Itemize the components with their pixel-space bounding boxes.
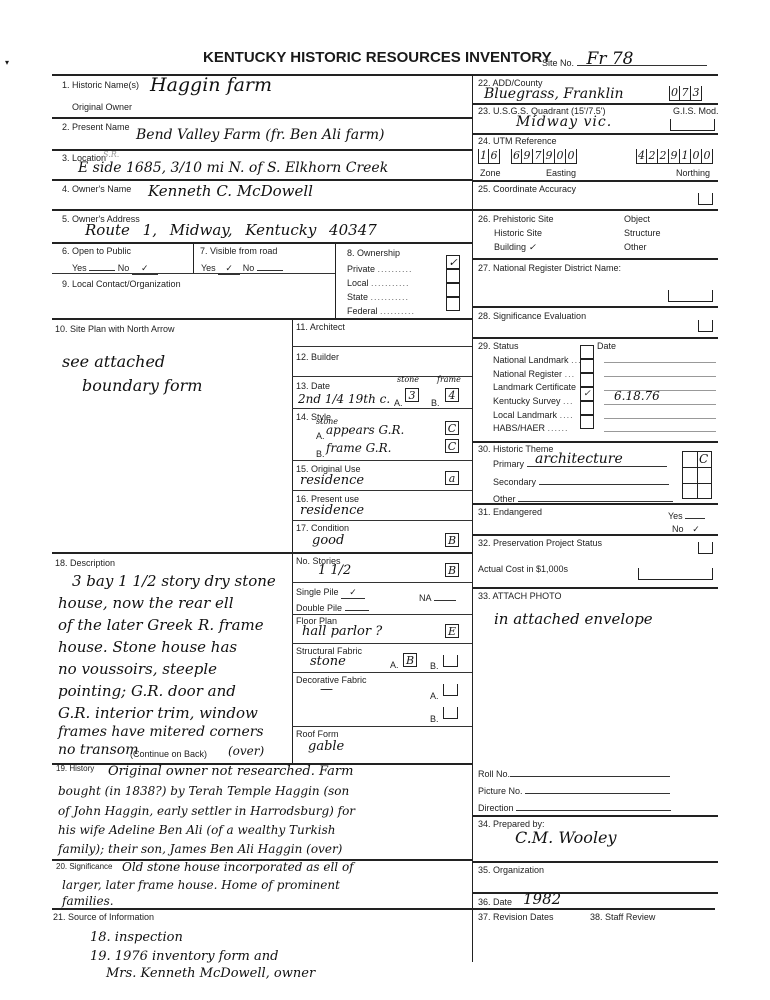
condition-code[interactable]: B [445, 533, 459, 547]
endangered-yes-field[interactable] [685, 518, 705, 519]
significance-line[interactable]: Old stone house incorporated as ell of [122, 860, 354, 874]
margin-tick-mark: ▾ [5, 58, 9, 67]
condition-value[interactable]: good [312, 533, 344, 548]
roof-form-value[interactable]: gable [308, 739, 344, 754]
status-national-register-checkbox[interactable] [580, 359, 594, 373]
coordinate-accuracy-field[interactable] [698, 193, 713, 205]
divider [472, 534, 718, 536]
significance-line[interactable]: families. [62, 894, 114, 908]
status-date-line[interactable] [604, 418, 716, 419]
add-county-value[interactable]: Bluegrass, Franklin [484, 86, 624, 102]
divider [472, 103, 718, 105]
kentucky-survey-date[interactable]: 6.18.76 [614, 389, 660, 403]
present-use-value[interactable]: residence [300, 503, 364, 518]
divider [472, 180, 718, 182]
status-landmark-certificate-checkbox[interactable] [580, 373, 594, 387]
ownership-federal-checkbox[interactable] [446, 297, 460, 311]
significance-evaluation-field[interactable] [698, 320, 713, 332]
divider [292, 490, 472, 491]
builder-field[interactable] [296, 364, 466, 374]
middle-column-divider [292, 318, 293, 764]
original-use-code[interactable]: a [445, 471, 459, 485]
status-habs-haer-checkbox[interactable] [580, 415, 594, 429]
divider [472, 815, 718, 817]
status-date-line[interactable] [604, 404, 716, 405]
history-line[interactable]: family); their son, James Ben Ali Haggin… [58, 842, 342, 856]
divider [52, 318, 472, 320]
owner-address-value[interactable]: Route 1, Midway, Kentucky 40347 [85, 221, 377, 239]
visible-road-no-field[interactable] [257, 270, 283, 271]
description-line[interactable]: of the later Greek R. frame [58, 616, 264, 634]
revision-dates-label: 37. Revision Dates [478, 912, 554, 922]
decorative-fabric-value[interactable]: — [320, 682, 333, 697]
open-public-yes-field[interactable] [89, 270, 115, 271]
history-line[interactable]: Original owner not researched. Farm [108, 764, 353, 779]
secondary-theme-field[interactable] [539, 484, 669, 485]
divider [472, 908, 715, 910]
date-value[interactable]: 2nd 1/4 19th c. [298, 392, 390, 406]
main-column-divider [472, 74, 473, 962]
divider [52, 179, 472, 181]
divider [292, 726, 472, 727]
style-b-code[interactable]: C [445, 439, 459, 453]
site-plan-value-2[interactable]: boundary form [82, 376, 202, 395]
divider [193, 242, 194, 273]
primary-theme-value[interactable]: architecture [535, 451, 623, 467]
significance-line[interactable]: larger, later frame house. Home of promi… [62, 878, 340, 892]
status-date-line[interactable] [604, 376, 716, 377]
history-line[interactable]: bought (in 1838?) by Terah Temple Haggin… [58, 784, 349, 798]
divider [472, 861, 718, 863]
divider [292, 346, 472, 347]
decorative-b-code[interactable] [443, 707, 458, 719]
divider [52, 552, 472, 554]
builder-label: 12. Builder [296, 352, 339, 362]
gis-mod-field[interactable] [670, 119, 715, 131]
organization-label: 35. Organization [478, 865, 544, 875]
divider [292, 408, 472, 409]
style-a-value[interactable]: appears G.R. [326, 423, 404, 437]
divider [335, 242, 336, 318]
ownership-state-checkbox[interactable] [446, 283, 460, 297]
status-national-landmark-checkbox[interactable] [580, 345, 594, 359]
divider [472, 892, 718, 894]
source-line[interactable]: 19. 1976 inventory form and [90, 949, 278, 964]
divider [292, 460, 472, 461]
quadrant-value[interactable]: Midway vic. [516, 114, 612, 130]
architect-field[interactable] [296, 334, 466, 346]
style-a-code[interactable]: C [445, 421, 459, 435]
divider [472, 587, 718, 589]
floor-plan-value[interactable]: hall parlor ? [302, 624, 382, 639]
date-a-code[interactable]: 3 [405, 388, 419, 402]
divider [472, 441, 718, 443]
history-line[interactable]: of John Haggin, early settler in Harrods… [58, 804, 355, 818]
historic-name-value[interactable]: Haggin farm [150, 74, 272, 96]
owner-name-value[interactable]: Kenneth C. McDowell [148, 182, 313, 200]
divider [52, 209, 472, 211]
present-name-value[interactable]: Bend Valley Farm (fr. Ben Ali farm) [136, 127, 385, 143]
utm-easting[interactable]: 697900 [511, 149, 577, 164]
theme-code-grid[interactable]: C [682, 451, 712, 499]
nr-district-code[interactable] [668, 290, 713, 302]
ownership-local-checkbox[interactable] [446, 269, 460, 283]
site-number-value[interactable]: Fr 78 [587, 49, 634, 69]
double-pile-field[interactable] [345, 610, 369, 611]
structural-a-code[interactable]: B [403, 653, 417, 667]
site-number: Site No. Fr 78 [542, 58, 707, 68]
original-use-value[interactable]: residence [300, 473, 364, 488]
ownership-private-checkbox[interactable]: ✓ [446, 255, 460, 269]
location-value[interactable]: E side 1685, 3/10 mi N. of S. Elkhorn Cr… [78, 160, 388, 176]
divider [472, 133, 718, 135]
divider [292, 643, 472, 644]
divider [292, 520, 472, 521]
description-line[interactable]: G.R. interior trim, window [58, 704, 258, 722]
preservation-status-field[interactable] [698, 542, 713, 554]
description-line[interactable]: pointing; G.R. door and [58, 682, 236, 700]
divider [52, 242, 472, 244]
description-line[interactable]: house, now the rear ell [58, 594, 234, 612]
single-pile-field[interactable]: ✓ [341, 587, 365, 599]
county-code[interactable]: 073 [669, 86, 702, 101]
description-line[interactable]: house. Stone house has [58, 638, 237, 656]
attach-photo-value[interactable]: in attached envelope [494, 610, 653, 628]
style-b-value[interactable]: frame G.R. [326, 441, 391, 455]
divider [292, 582, 472, 583]
status-date-line[interactable] [604, 431, 716, 432]
staff-review-field[interactable] [590, 925, 710, 955]
divider [52, 908, 472, 910]
structural-b-code[interactable] [443, 655, 458, 667]
stories-value[interactable]: 1 1/2 [318, 563, 351, 578]
divider [292, 672, 472, 673]
divider [472, 337, 718, 339]
actual-cost-field[interactable] [638, 568, 713, 580]
staff-review-label: 38. Staff Review [590, 912, 655, 922]
floor-plan-code[interactable]: E [445, 624, 459, 638]
local-contact-field[interactable] [62, 292, 332, 316]
date-prepared-value[interactable]: 1982 [523, 890, 561, 908]
structural-fabric-value[interactable]: stone [310, 654, 346, 669]
history-line[interactable]: his wife Adeline Ben Ali (of a wealthy T… [58, 823, 336, 837]
utm-northing[interactable]: 4229100 [636, 149, 713, 164]
source-line[interactable]: Mrs. Kenneth McDowell, owner [106, 966, 315, 981]
divider [472, 258, 718, 260]
revision-dates-field[interactable] [478, 925, 578, 955]
description-line[interactable]: 3 bay 1 1/2 story dry stone [72, 572, 276, 590]
divider [472, 306, 718, 308]
description-line[interactable]: no transom [58, 742, 138, 758]
site-plan-value-1[interactable]: see attached [62, 352, 165, 371]
theme-code: C [699, 452, 708, 466]
form-title: KENTUCKY HISTORIC RESOURCES INVENTORY [203, 49, 552, 66]
utm-zone[interactable]: 16 [478, 149, 500, 164]
organization-field[interactable] [478, 876, 708, 890]
divider [52, 117, 472, 119]
date-b-code[interactable]: 4 [445, 388, 459, 402]
source-line[interactable]: 18. inspection [90, 930, 183, 945]
architect-label: 11. Architect [296, 322, 345, 332]
description-line[interactable]: no voussoirs, steeple [58, 660, 217, 678]
local-contact-label: 9. Local Contact/Organization [62, 279, 181, 289]
picture-no-field[interactable] [525, 793, 670, 794]
prepared-by-value[interactable]: C.M. Wooley [515, 828, 617, 847]
site-number-label: Site No. [542, 58, 574, 68]
status-kentucky-survey-checkbox[interactable]: ✓ [580, 387, 594, 401]
status-local-landmark-checkbox[interactable] [580, 401, 594, 415]
divider [472, 209, 718, 211]
other-theme-field[interactable] [518, 501, 673, 502]
roll-no-field[interactable] [510, 776, 670, 777]
stories-code[interactable]: B [445, 563, 459, 577]
direction-field[interactable] [516, 810, 671, 811]
divider [292, 614, 472, 615]
description-line[interactable]: frames have mitered corners [58, 724, 264, 740]
divider [472, 503, 718, 505]
decorative-a-code[interactable] [443, 684, 458, 696]
status-date-line[interactable] [604, 362, 716, 363]
na-field[interactable] [434, 600, 456, 601]
building-mark[interactable]: ✓ [529, 243, 537, 253]
divider [52, 273, 335, 274]
